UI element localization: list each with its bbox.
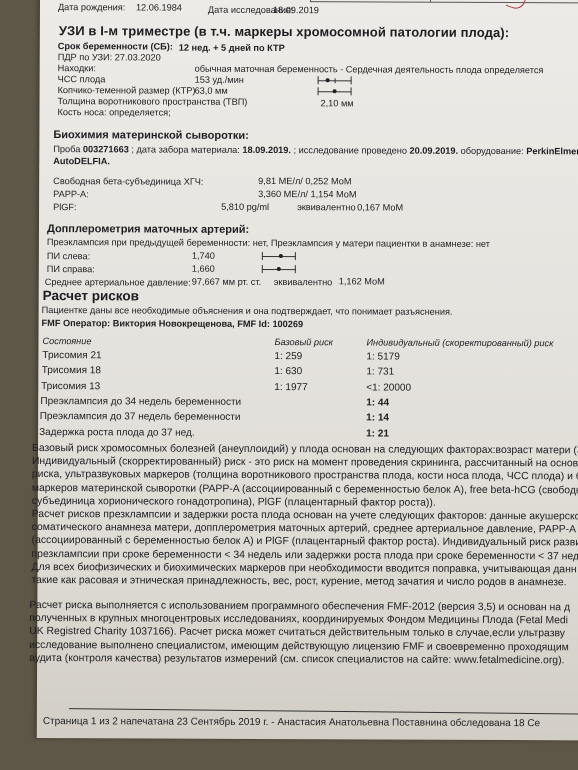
header-table-divider [430, 0, 431, 2]
col-base-risk: Базовый риск [274, 337, 333, 347]
risk-explanation: Базовый риск хромосомных болезней (анеуп… [31, 442, 578, 590]
risk-base-value: 1: 259 [274, 351, 302, 362]
header-table-border [310, 0, 578, 4]
pi-right-range-bar [262, 265, 296, 273]
risk-condition: Преэклампсия до 34 недель беременности [40, 396, 241, 408]
plgf-equiv-value: 0,167 МоМ [357, 202, 403, 212]
collected-label: ; дата забора материала: [131, 144, 239, 154]
birth-date-value: 12.06.1984 [136, 2, 182, 12]
paragraph-line: такие как расовая и этническая принадлеж… [31, 574, 578, 590]
ultrasound-title: УЗИ в I-м триместре (в т.ч. маркеры хром… [59, 23, 509, 40]
findings-value: обычная маточная беременность - Сердечна… [195, 64, 544, 76]
map-equiv-value: 1,162 МоМ [339, 276, 385, 286]
plgf-label: PlGF: [53, 202, 77, 212]
map-value: 97,667 мм рт. ст. [192, 277, 261, 287]
preeclampsia-history: Преэклампсия при предыдущей беременности… [47, 237, 490, 249]
fhr-range-bar [318, 76, 352, 84]
risk-base-value: 1: 1977 [274, 382, 307, 393]
edd-text: ПДР по УЗИ: 27.03.2020 [58, 52, 161, 62]
pi-right-value: 1,660 [192, 264, 215, 274]
equipment-name: PerkinElmer [526, 146, 578, 156]
col-condition: Состояние [42, 336, 91, 346]
crl-value: 63,0 мм [195, 86, 228, 96]
crl-label: Копчико-теменной размер (КТР) [58, 85, 196, 96]
pappa-value: 3,360 МЕ/л/ 1,154 МоМ [258, 189, 356, 199]
hcg-value: 9,81 МЕ/л/ 0,252 МоМ [258, 176, 351, 186]
software-note: Расчет риска выполняется с использование… [29, 599, 578, 667]
plgf-equiv-label: эквивалентно [297, 202, 356, 212]
nasal-bone-text: Кость носа: определяется; [57, 107, 170, 117]
col-individual-risk: Индивидуальный (скоректированный) риск [366, 337, 553, 348]
risk-condition: Трисомия 13 [41, 381, 100, 392]
pi-left-range-bar [262, 252, 296, 260]
pi-left-value: 1,740 [192, 251, 215, 261]
risk-individual-value: 1: 731 [366, 367, 394, 378]
risk-individual-value: 1: 14 [366, 413, 389, 424]
operator-text: FMF Оператор: Виктория Новокрещенова, FM… [42, 318, 304, 329]
consent-text: Пациентке даны все необходимые объяснени… [42, 305, 453, 317]
collected-date: 18.09.2019. [242, 145, 291, 155]
hcg-label: Свободная бета-субъединица ХГЧ: [53, 176, 203, 187]
risk-condition: Трисомия 21 [42, 350, 101, 361]
gestation-label: Срок беременности (СБ): [58, 41, 173, 52]
equipment-label: оборудование: [461, 146, 524, 156]
risk-individual-value: <1: 20000 [366, 382, 411, 393]
footer-text: Страница 1 из 2 напечатана 23 Сентябрь 2… [43, 716, 540, 729]
birth-date-label: Дата рождения: [58, 2, 125, 12]
gestation-value: 12 нед. + 5 дней по КТР [179, 43, 285, 53]
risk-base-value: 1: 630 [274, 366, 302, 377]
equipment-model: AutoDELFIA. [53, 156, 110, 166]
pi-right-label: ПИ справа: [47, 264, 95, 274]
footer-divider [69, 708, 578, 715]
nt-label: Толщина воротникового пространства (ТВП) [58, 96, 248, 107]
nt-value: 2,10 мм [321, 98, 354, 108]
sample-prefix: Проба [53, 144, 80, 154]
handwritten-mark [506, 0, 528, 11]
findings-label: Находки: [58, 63, 96, 73]
exam-date-value: 18.09.2019 [273, 5, 319, 15]
fhr-label: ЧСС плода [58, 74, 106, 84]
crl-range-bar [318, 87, 352, 95]
map-equiv-label: эквивалентно [274, 277, 333, 287]
risk-individual-value: 1: 44 [366, 397, 389, 408]
pappa-label: PAPP-A: [53, 189, 89, 199]
biochem-title: Биохимия материнской сыворотки: [53, 129, 249, 142]
sample-id: 003271663 [83, 144, 129, 154]
plgf-value: 5,810 pg/ml [221, 202, 269, 212]
paragraph-line: аудита (контроля качества) результатов и… [29, 652, 578, 668]
performed-label: ; исследование проведено [294, 145, 407, 155]
risk-condition: Задержка роста плода до 37 нед. [39, 427, 195, 439]
fhr-value: 153 уд./мин [195, 75, 244, 85]
risk-title: Расчет рисков [43, 288, 139, 303]
risk-condition: Преэклампсия до 37 недель беременности [40, 411, 241, 423]
doppler-title: Допплерометрия маточных артерий: [47, 223, 249, 236]
risk-condition: Трисомия 18 [42, 365, 101, 376]
report-page: Дата рождения: 12.06.1984 Дата исследова… [37, 0, 578, 740]
risk-individual-value: 1: 5179 [366, 351, 399, 362]
pi-left-label: ПИ слева: [47, 251, 90, 261]
risk-individual-value: 1: 21 [366, 428, 389, 439]
map-label: Среднее артериальное давление: [45, 277, 191, 288]
performed-date: 20.09.2019. [410, 146, 459, 156]
sample-line: Проба 003271663 ; дата забора материала:… [53, 144, 578, 156]
